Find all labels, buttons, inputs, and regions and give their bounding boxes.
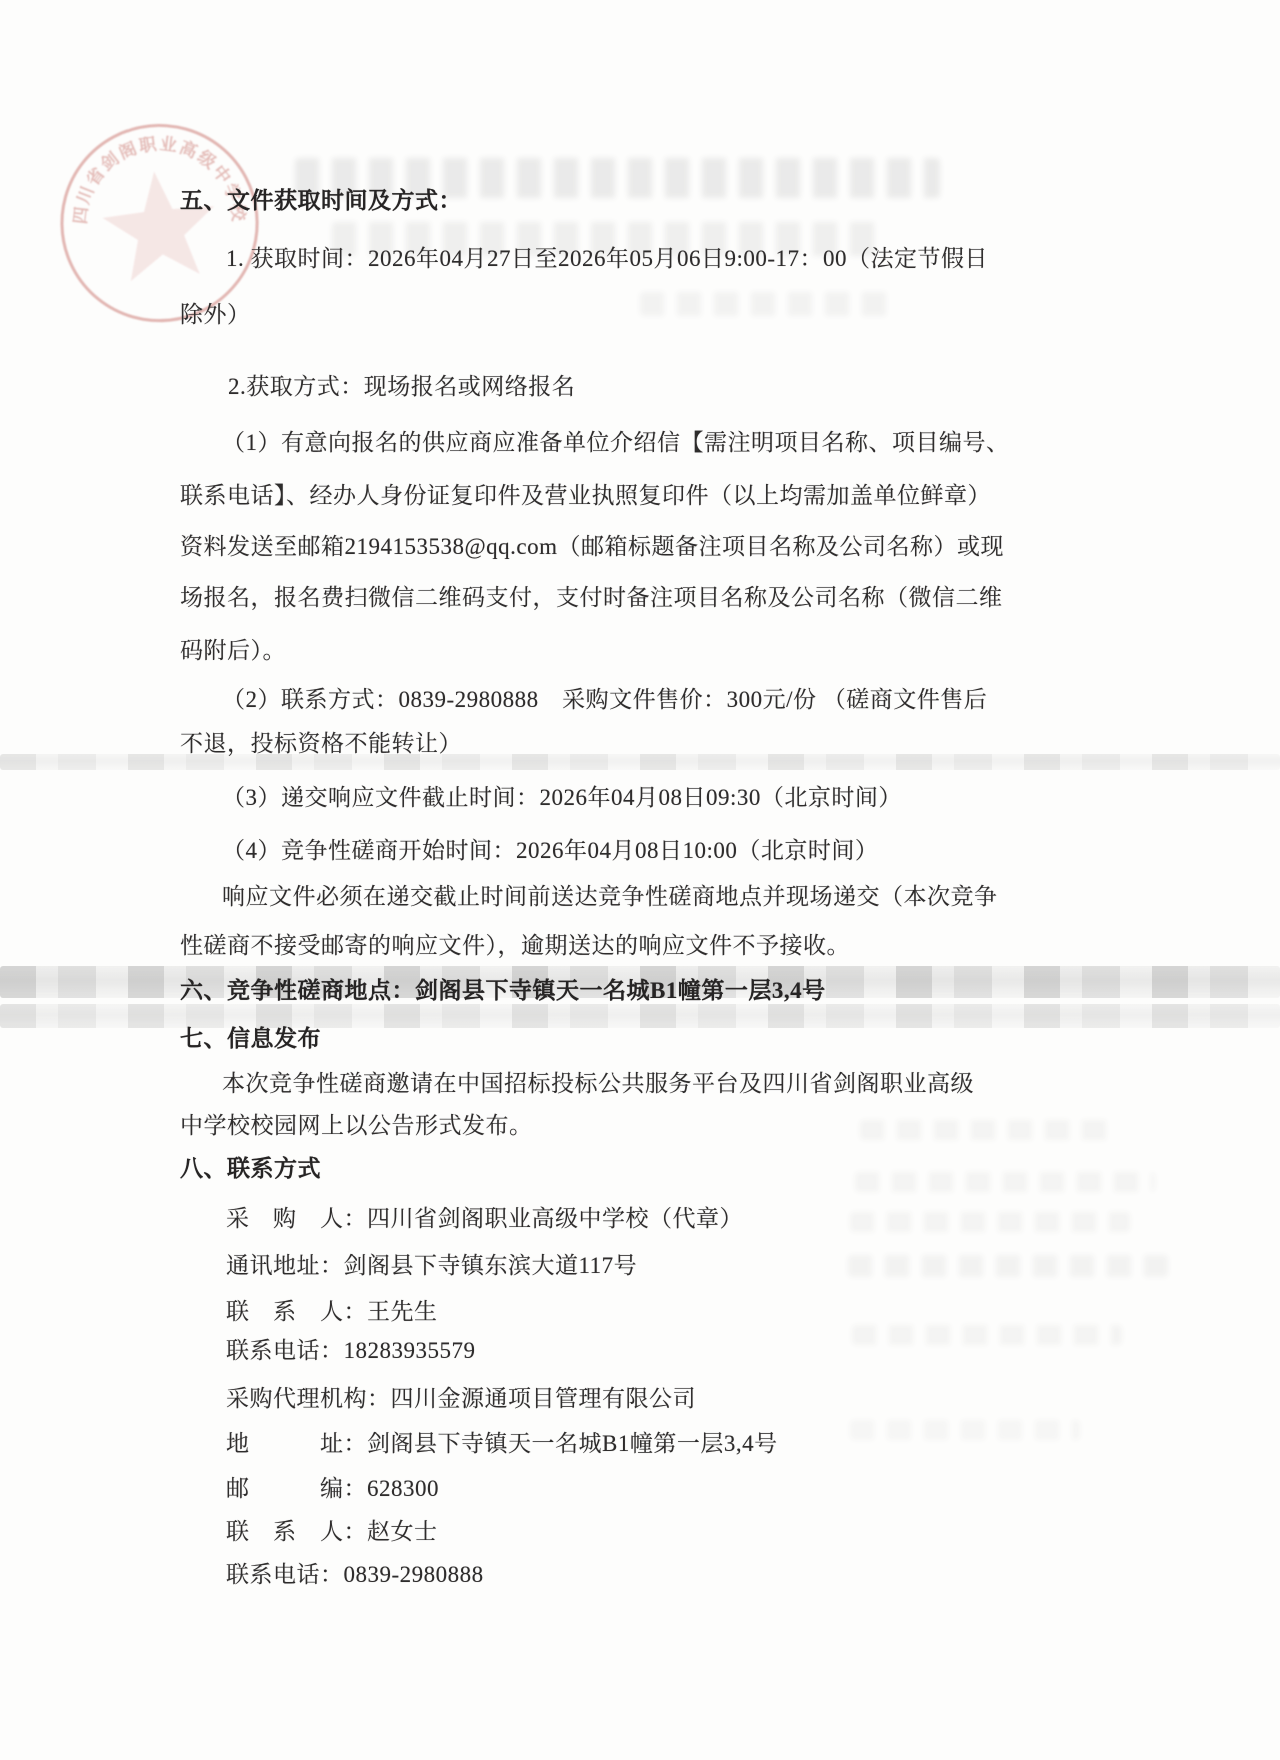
contact-address: 通讯地址：剑阁县下寺镇东滨大道117号 xyxy=(226,1247,637,1280)
agency-postcode: 邮 编：628300 xyxy=(226,1470,439,1503)
contact-phone: 联系电话：18283935579 xyxy=(226,1332,476,1365)
doc-line: 本次竞争性磋商邀请在中国招标投标公共服务平台及四川省剑阁职业高级 xyxy=(222,1065,974,1098)
doc-line: 资料发送至邮箱2194153538@qq.com（邮箱标题备注项目名称及公司名称… xyxy=(180,528,1004,561)
doc-line: 中学校校园网上以公告形式发布。 xyxy=(180,1107,533,1140)
contact-person: 联 系 人：王先生 xyxy=(226,1293,438,1326)
contact-purchaser: 采 购 人：四川省剑阁职业高级中学校（代章） xyxy=(226,1200,743,1233)
doc-line: 码附后）。 xyxy=(180,632,286,665)
doc-line: 联系电话】、经办人身份证复印件及营业执照复印件（以上均需加盖单位鲜章） xyxy=(180,477,991,510)
ghost-bleed-right-5 xyxy=(852,1325,1122,1345)
ghost-bleed-right-1 xyxy=(860,1120,1110,1140)
doc-line: 性磋商不接受邮寄的响应文件），逾期送达的响应文件不予接收。 xyxy=(180,927,850,960)
heading-section-6: 六、竞争性磋商地点：剑阁县下寺镇天一名城B1幢第一层3,4号 xyxy=(180,972,826,1005)
doc-line: 场报名，报名费扫微信二维码支付，支付时备注项目名称及公司名称（微信二维 xyxy=(180,579,1003,612)
doc-line: 除外） xyxy=(180,296,251,329)
doc-line: （2）联系方式：0839-2980888 采购文件售价：300元/份 （磋商文件… xyxy=(222,681,987,714)
ghost-bleed-right-3 xyxy=(850,1212,1130,1232)
heading-section-7: 七、信息发布 xyxy=(180,1020,321,1053)
ghost-bleed-right-2 xyxy=(855,1172,1155,1192)
doc-line: 不退，投标资格不能转让） xyxy=(180,725,462,758)
agency-name: 采购代理机构：四川金源通项目管理有限公司 xyxy=(226,1380,696,1413)
ghost-bleed-title-row-3 xyxy=(640,292,888,316)
agency-contact-phone: 联系电话：0839-2980888 xyxy=(226,1556,484,1589)
doc-line: （4）竞争性磋商开始时间：2026年04月08日10:00（北京时间） xyxy=(222,832,878,865)
heading-section-8: 八、联系方式 xyxy=(180,1150,321,1183)
agency-contact-person: 联 系 人：赵女士 xyxy=(226,1513,438,1546)
heading-section-5: 五、文件获取时间及方式： xyxy=(180,182,462,215)
doc-line: （1）有意向报名的供应商应准备单位介绍信【需注明项目名称、项目编号、 xyxy=(222,424,1010,457)
ghost-bleed-right-6 xyxy=(850,1420,1080,1440)
scanned-document-page: 四川省剑阁职业高级中学校 五、文件获取时间及方式： 1. 获取时间：2026年0… xyxy=(0,0,1280,1760)
agency-address: 地 址：剑阁县下寺镇天一名城B1幢第一层3,4号 xyxy=(226,1425,778,1458)
doc-line: 1. 获取时间：2026年04月27日至2026年05月06日9:00-17：0… xyxy=(226,240,988,273)
ghost-bleed-right-4 xyxy=(848,1255,1168,1277)
doc-line: 响应文件必须在递交截止时间前送达竞争性磋商地点并现场递交（本次竞争 xyxy=(222,878,998,911)
doc-line: 2.获取方式：现场报名或网络报名 xyxy=(228,368,575,401)
doc-line: （3）递交响应文件截止时间：2026年04月08日09:30（北京时间） xyxy=(222,779,902,812)
